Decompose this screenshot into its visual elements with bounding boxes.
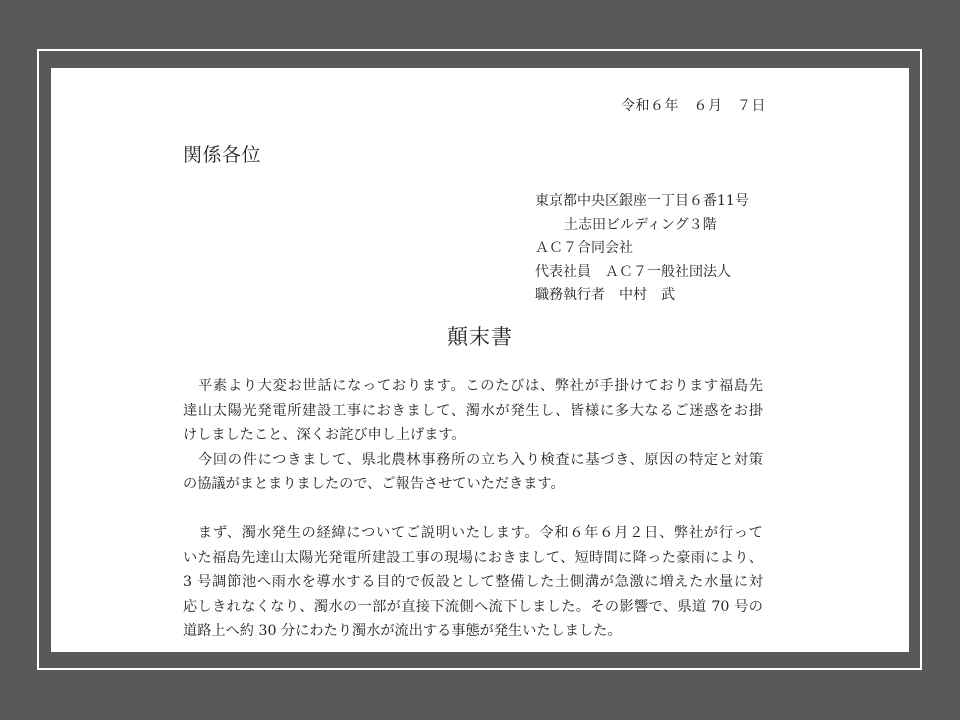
body-paragraph-incident: まず、濁水発生の経緯についてご説明いたします。令和６年６月２日、弊社が行って い… [183,521,763,644]
sender-representative: 代表社員 ＡＣ７一般社団法人 [535,261,749,285]
document-title: 顛末書 [51,321,909,351]
body-line: の協議がまとまりましたので、ご報告させていただきます。 [183,472,763,497]
body-line: 平素より大変お世話になっております。このたびは、弊社が手掛けております福島先 [183,374,763,399]
body-line: 応しきれなくなり、濁水の一部が直接下流側へ流下しました。その影響で、県道 70 … [183,595,763,620]
sender-address-line2: 土志田ビルディング３階 [535,214,749,238]
sender-executive: 職務執行者 中村 武 [535,284,749,308]
body-line: 達山太陽光発電所建設工事におきまして、濁水が発生し、皆様に多大なるご迷惑をお掛 [183,399,763,424]
document-page: 令和６年 ６月 ７日 関係各位 東京都中央区銀座一丁目６番11号 土志田ビルディ… [51,68,909,652]
body-line: けしましたこと、深くお詫び申し上げます。 [183,423,763,448]
body-line: いた福島先達山太陽光発電所建設工事の現場におきまして、短時間に降った豪雨により、 [183,546,763,571]
body-line: 今回の件につきまして、県北農林事務所の立ち入り検査に基づき、原因の特定と対策 [183,448,763,473]
sender-block: 東京都中央区銀座一丁目６番11号 土志田ビルディング３階 ＡＣ７合同会社 代表社… [535,190,749,308]
document-date: 令和６年 ６月 ７日 [621,95,763,115]
body-paragraph-apology: 平素より大変お世話になっております。このたびは、弊社が手掛けております福島先 達… [183,374,763,497]
sender-address-line1: 東京都中央区銀座一丁目６番11号 [535,190,749,214]
sender-company: ＡＣ７合同会社 [535,237,749,261]
body-line: 道路上へ約 30 分にわたり濁水が流出する事態が発生いたしました。 [183,619,763,644]
recipient-heading: 関係各位 [183,140,261,167]
body-line: まず、濁水発生の経緯についてご説明いたします。令和６年６月２日、弊社が行って [183,521,763,546]
body-line: 3 号調節池へ雨水を導水する目的で仮設として整備した土側溝が急激に増えた水量に対 [183,570,763,595]
